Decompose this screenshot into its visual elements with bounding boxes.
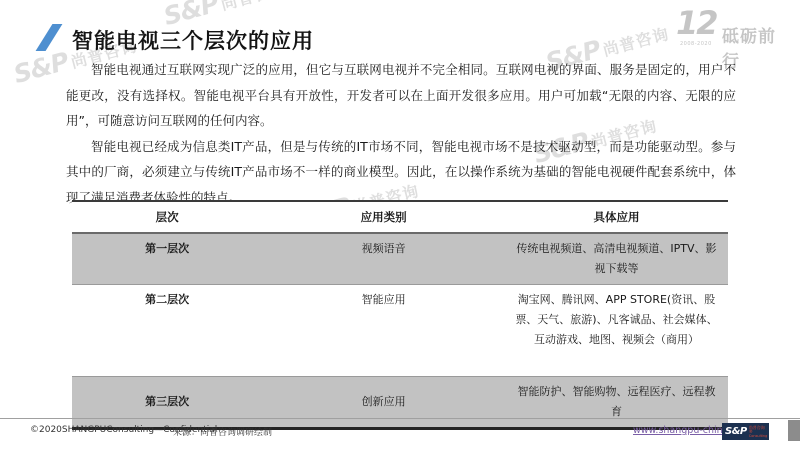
applications-table: 层次 应用类别 具体应用 第一层次 视频语音 传统电视频道、高清电视频道、IPT… <box>72 200 728 430</box>
col-header-apps: 具体应用 <box>505 202 728 232</box>
table-row: 第二层次 智能应用 淘宝网、腾讯网、APP STORE(资讯、股票、天气、旅游)… <box>72 285 728 377</box>
cell-apps: 淘宝网、腾讯网、APP STORE(资讯、股票、天气、旅游)、凡客诚品、社会媒体… <box>505 285 728 376</box>
anniversary-number: 12 <box>676 4 717 42</box>
cell-level: 第二层次 <box>72 285 262 376</box>
company-logo-en: Consulting <box>749 434 768 438</box>
cell-category: 智能应用 <box>262 285 505 376</box>
cell-apps: 传统电视频道、高清电视频道、IPTV、影视下载等 <box>505 234 728 284</box>
company-logo-brand: S&P <box>725 426 747 437</box>
col-header-level: 层次 <box>72 202 262 232</box>
paragraph-1: 智能电视通过互联网实现广泛的应用，但它与互联网电视并不完全相同。互联网电视的界面… <box>66 57 736 134</box>
slide-footer: ©2020SHANGPUConsulting—Confidential 来源：尚… <box>0 418 800 449</box>
table-row: 第一层次 视频语音 传统电视频道、高清电视频道、IPTV、影视下载等 <box>72 234 728 285</box>
company-logo: S&P 尚普咨询® Consulting <box>722 423 769 440</box>
col-header-category: 应用类别 <box>262 202 505 232</box>
company-logo-cn: 尚普咨询® <box>749 426 768 434</box>
footer-corner-block <box>788 420 800 441</box>
anniversary-years: 2008-2020 <box>680 41 712 47</box>
accent-slash-icon <box>36 24 63 51</box>
cell-category: 视频语音 <box>262 234 505 284</box>
cell-level: 第一层次 <box>72 234 262 284</box>
source-note: 来源：尚普咨询调研绘制 <box>173 425 272 438</box>
table-header-row: 层次 应用类别 具体应用 <box>72 202 728 234</box>
presentation-slide: S&P尚普咨询 S&P尚普咨询 S&P尚普咨询 S&P尚普咨询 S&P尚普咨询 … <box>0 0 800 449</box>
anniversary-logo: 12 2008-2020 砥砺前行 <box>636 4 786 52</box>
slide-header: 智能电视三个层次的应用 12 2008-2020 砥砺前行 <box>0 0 800 56</box>
paragraph-2: 智能电视已经成为信息类IT产品，但是与传统的IT市场不同，智能电视市场不是技术驱… <box>66 134 736 211</box>
page-title: 智能电视三个层次的应用 <box>72 25 314 55</box>
body-text: 智能电视通过互联网实现广泛的应用，但它与互联网电视并不完全相同。互联网电视的界面… <box>66 57 736 210</box>
